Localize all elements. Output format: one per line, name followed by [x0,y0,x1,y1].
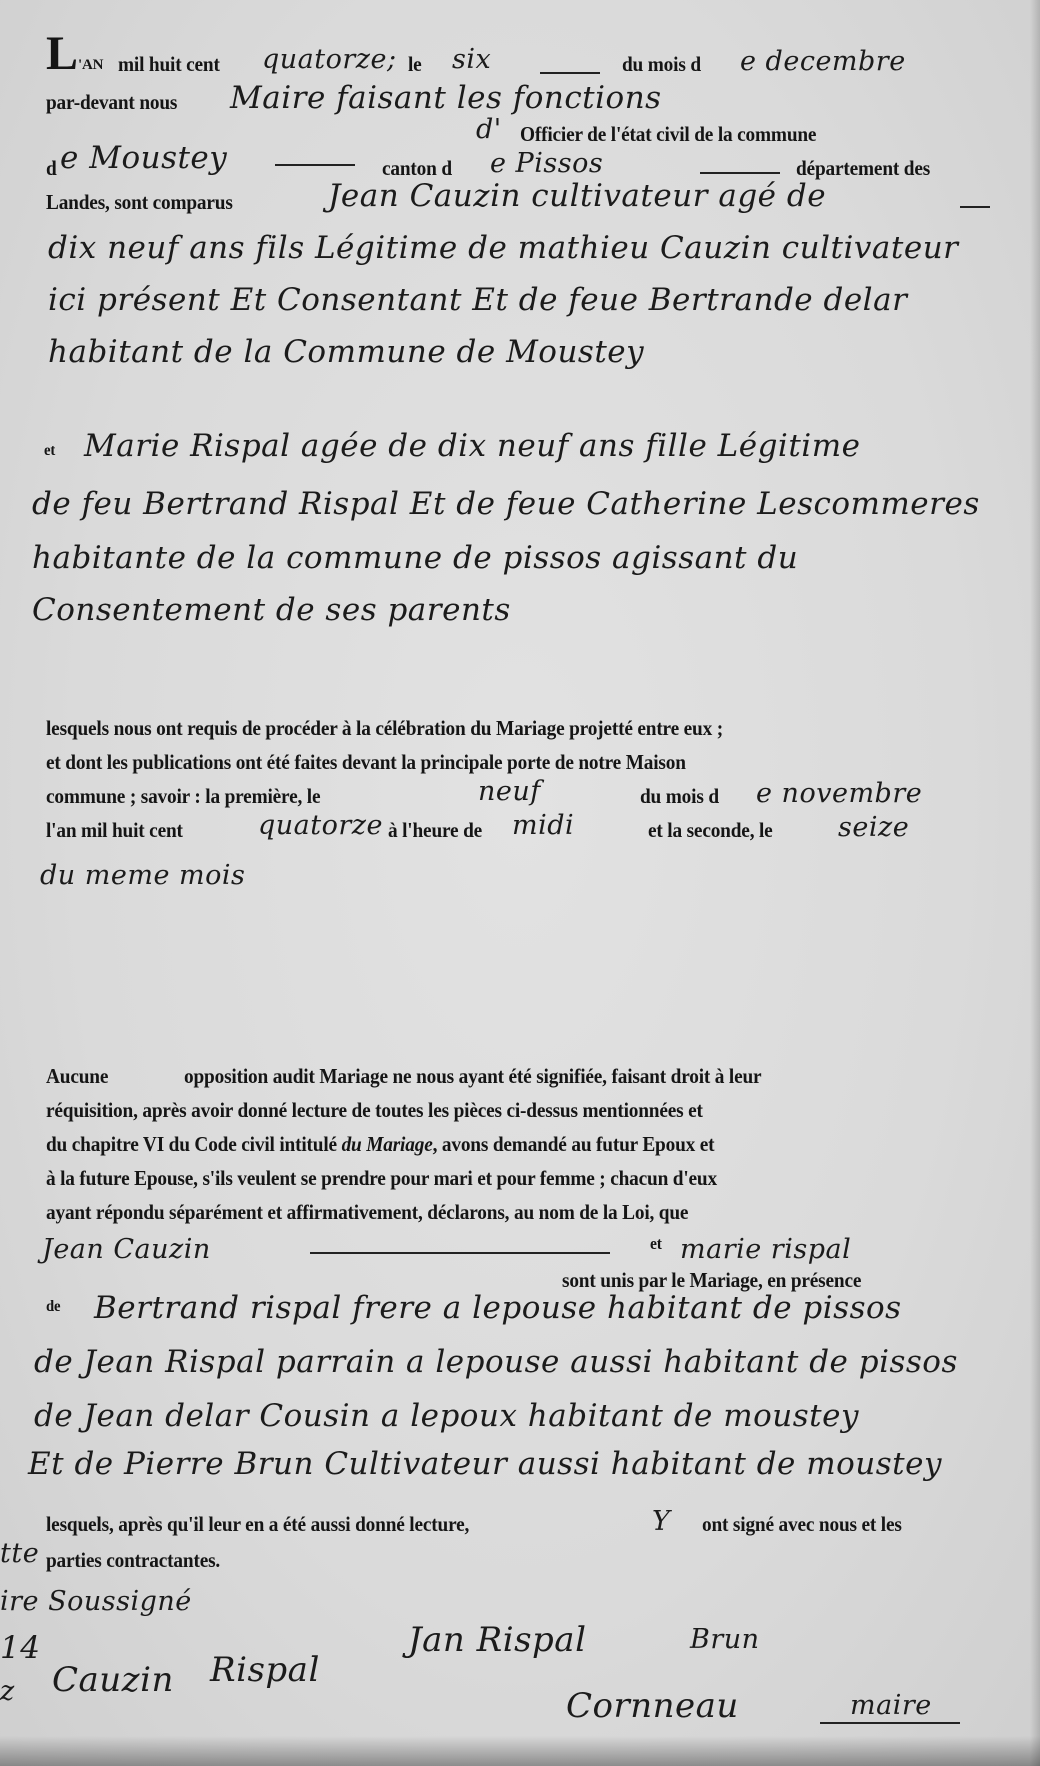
publication-hour: midi [512,810,574,841]
handwritten-year: quatorze; [262,44,397,75]
publications-line-3-b: du mois d [640,784,719,809]
printed-d: d [46,156,57,181]
witness-3: de Jean delar Cousin a lepoux habitant d… [34,1398,859,1434]
printed-du-mois: du mois d [622,52,701,77]
signature-jan-rispal: Jan Rispal [408,1620,586,1660]
margin-note-z: z [0,1676,15,1707]
publications-line-3-a: commune ; savoir : la première, le [46,784,320,809]
printed-par-devant: par-devant nous [46,90,177,115]
bride-line-4: Consentement de ses parents [32,592,511,628]
handwritten-day: six [452,44,491,75]
signature-cauzin: Cauzin [52,1660,174,1700]
printed-le: le [408,52,422,77]
publication-month: e novembre [756,778,922,809]
declaration-et: et [650,1234,662,1254]
drop-cap-letter: L [46,27,78,80]
signature-rispal: Rispal [210,1650,320,1690]
publication-day-2: seize [838,812,909,843]
signature-mayor: Cornneau [566,1686,739,1726]
declaration-line-3: du chapitre VI du Code civil intitulé du… [46,1132,714,1157]
printed-officier: Officier de l'état civil de la commune [520,122,816,147]
signature-brun: Brun [690,1624,760,1655]
printed-et: et [44,442,55,460]
publications-line-4-c: et la seconde, le [648,818,773,843]
margin-tte: tte [0,1538,39,1569]
handwritten-d-prefix: d' [476,114,502,145]
margin-note-soussigne: ire Soussigné [0,1586,192,1617]
signature-mayor-title: maire [850,1690,932,1721]
witness-1: Bertrand rispal frere a lepouse habitant… [94,1290,902,1326]
printed-de: de [46,1298,60,1316]
publications-line-2: et dont les publications ont été faites … [46,750,686,775]
handwritten-month: e decembre [740,46,906,77]
bride-line-1: Marie Rispal agée de dix neuf ans fille … [84,428,860,464]
witness-2: de Jean Rispal parrain a lepouse aussi h… [34,1344,958,1380]
code-civil-title: du Mariage [342,1132,433,1156]
printed-year-label: mil huit cent [118,52,220,77]
bride-line-3: habitante de la commune de pissos agissa… [32,540,798,576]
publications-line-4-a: l'an mil huit cent [46,818,183,843]
bride-line-2: de feu Bertrand Rispal Et de feue Cather… [32,486,980,522]
header-line-1: L'AN [46,30,103,78]
declaration-line-5: ayant répondu séparément et affirmativem… [46,1200,688,1225]
handwritten-commune: e Moustey [60,140,227,176]
civil-record-page: L'AN mil huit cent quatorze; le six du m… [0,0,1040,1766]
closing-mark: Y [652,1506,670,1537]
groom-line-1: dix neuf ans fils Légitime de mathieu Ca… [48,230,959,266]
publication-day-1: neuf [478,776,541,807]
closing-line-1-b: ont signé avec nous et les [702,1512,902,1537]
declaration-line-2: réquisition, après avoir donné lecture d… [46,1098,703,1123]
handwritten-groom-intro: Jean Cauzin cultivateur agé de [328,178,826,214]
publication-year: quatorze [258,810,383,841]
closing-line-1-a: lesquels, après qu'il leur en a été auss… [46,1512,469,1537]
margin-note-year: 14 [0,1630,40,1666]
witness-4: Et de Pierre Brun Cultivateur aussi habi… [28,1446,942,1482]
groom-line-2: ici présent Et Consentant Et de feue Ber… [48,282,907,318]
declaration-aucune: Aucune [46,1064,108,1089]
printed-landes-comparus: Landes, sont comparus [46,190,233,215]
handwritten-official-role: Maire faisant les fonctions [230,80,662,116]
declaration-line-1: opposition audit Mariage ne nous ayant é… [184,1064,761,1089]
closing-line-2: parties contractantes. [46,1548,220,1573]
publications-line-4-b: à l'heure de [388,818,482,843]
publication-same-month: du meme mois [40,860,245,891]
handwritten-canton: e Pissos [490,148,603,179]
groom-line-3: habitant de la Commune de Moustey [48,334,644,370]
declaration-bride-name: marie rispal [680,1234,851,1265]
publications-line-1: lesquels nous ont requis de procéder à l… [46,716,723,741]
declaration-groom-name: Jean Cauzin [42,1234,211,1265]
declaration-line-4: à la future Epouse, s'ils veulent se pre… [46,1166,717,1191]
